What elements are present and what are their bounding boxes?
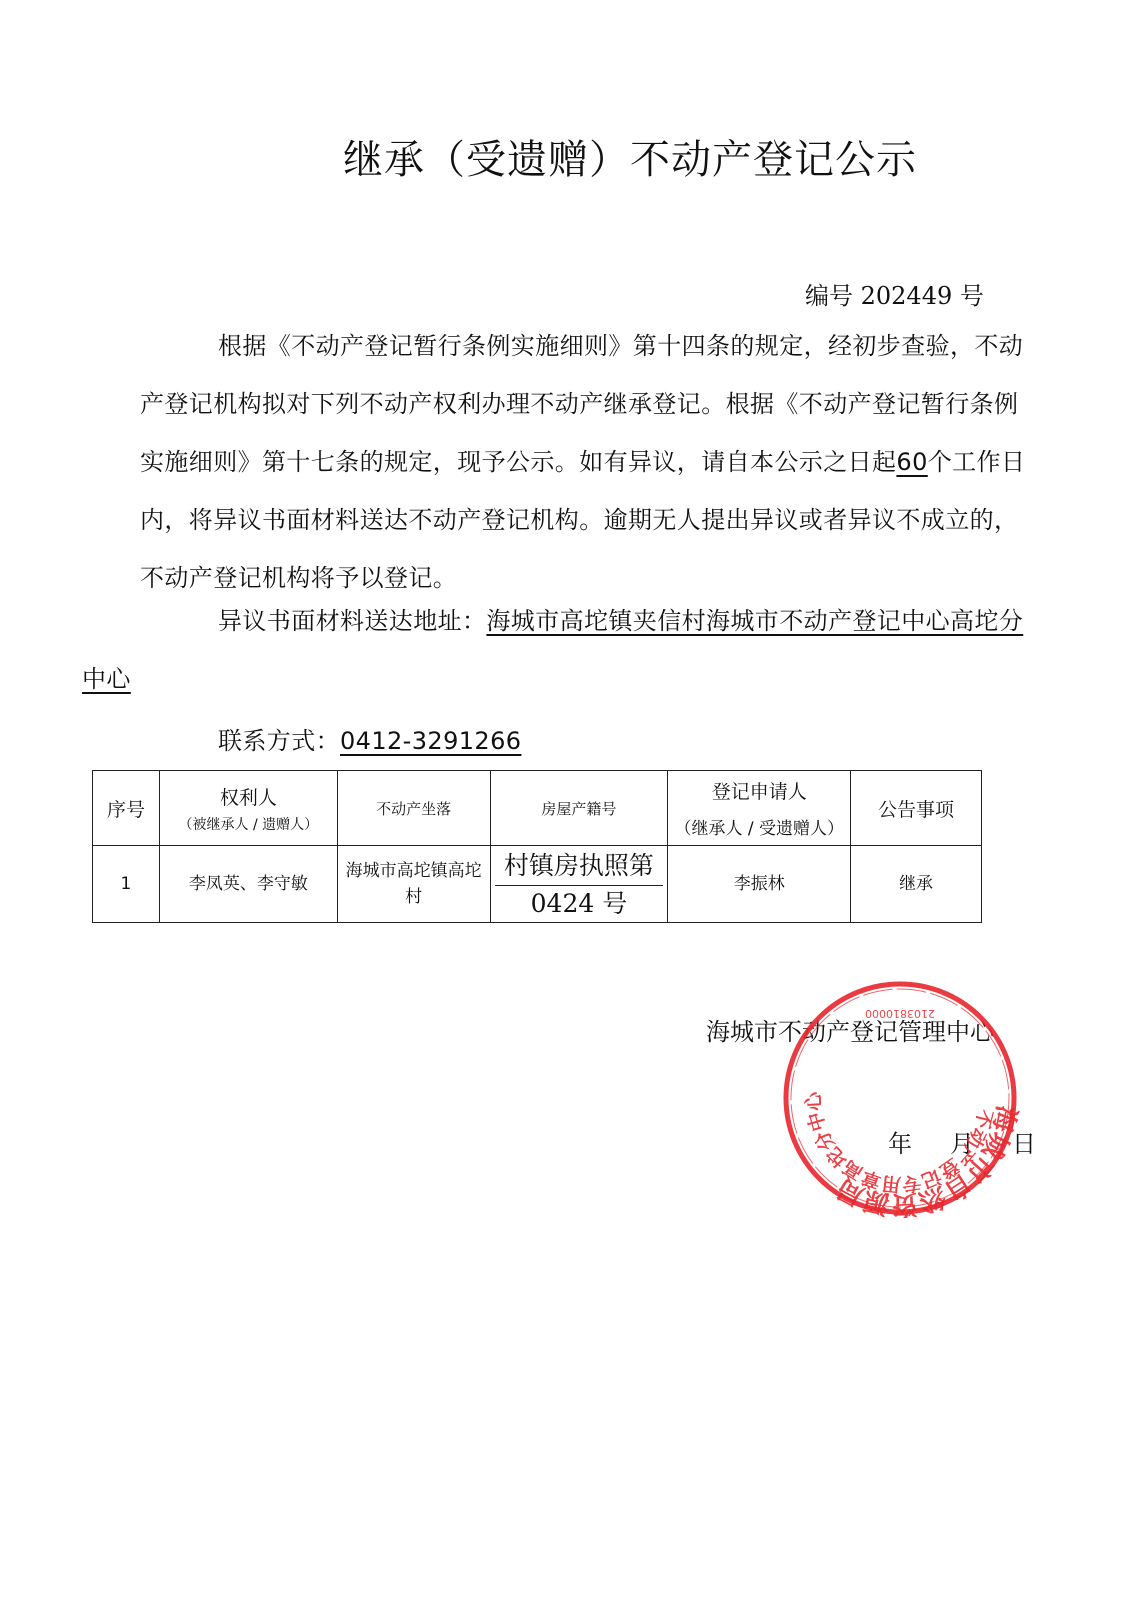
header-matter: 公告事项 xyxy=(851,771,982,846)
date-day: 日 xyxy=(1012,1130,1036,1158)
page-title: 继承（受遗赠）不动产登记公示 xyxy=(0,128,1130,185)
issuing-organization: 海城市不动产登记管理中心 xyxy=(706,1012,994,1047)
document-number: 编号 202449 号 xyxy=(805,276,984,311)
contact-phone: 0412-3291266 xyxy=(340,727,521,755)
header-cert-no: 房屋产籍号 xyxy=(490,771,668,846)
table-row: 1 李凤英、李守敏 海城市高坨镇高坨村 村镇房执照第 0424 号 李振林 继承 xyxy=(93,846,982,923)
contact-line: 联系方式：0412-3291266 xyxy=(218,712,521,770)
cert-no-line1: 村镇房执照第 xyxy=(495,847,664,886)
table-header-row: 序号 权利人（被继承人 / 遗赠人） 不动产坐落 房屋产籍号 登记申请人（继承人… xyxy=(93,771,982,846)
header-applicant: 登记申请人（继承人 / 受遗赠人） xyxy=(668,771,851,846)
date-line: 年月日 xyxy=(888,1124,1036,1159)
svg-text:海城市自然资源局: 海城市自然资源局 xyxy=(832,1103,1020,1218)
cell-rights-holder: 李凤英、李守敏 xyxy=(159,846,337,923)
objection-days: 60 xyxy=(896,448,927,476)
address-paragraph: 异议书面材料送达地址：海城市高坨镇夹信村海城市不动产登记中心高坨分中心 xyxy=(82,592,1030,708)
address-label: 异议书面材料送达地址： xyxy=(218,607,486,635)
cell-matter: 继承 xyxy=(851,846,982,923)
header-seq: 序号 xyxy=(93,771,160,846)
registration-table: 序号 权利人（被继承人 / 遗赠人） 不动产坐落 房屋产籍号 登记申请人（继承人… xyxy=(92,770,982,923)
date-year: 年 xyxy=(888,1130,912,1158)
cell-location: 海城市高坨镇高坨村 xyxy=(337,846,490,923)
header-rights-holder: 权利人（被继承人 / 遗赠人） xyxy=(159,771,337,846)
notice-paragraph: 根据《不动产登记暂行条例实施细则》第十四条的规定，经初步查验，不动产登记机构拟对… xyxy=(140,317,1030,607)
contact-label: 联系方式： xyxy=(218,727,340,755)
cert-no-line2: 0424 号 xyxy=(495,886,664,922)
date-month: 月 xyxy=(950,1130,974,1158)
notice-text-before: 根据《不动产登记暂行条例实施细则》第十四条的规定，经初步查验，不动产登记机构拟对… xyxy=(140,332,1023,476)
cell-seq: 1 xyxy=(93,846,160,923)
header-location: 不动产坐落 xyxy=(337,771,490,846)
cell-cert-no: 村镇房执照第 0424 号 xyxy=(490,846,668,923)
cell-applicant: 李振林 xyxy=(668,846,851,923)
